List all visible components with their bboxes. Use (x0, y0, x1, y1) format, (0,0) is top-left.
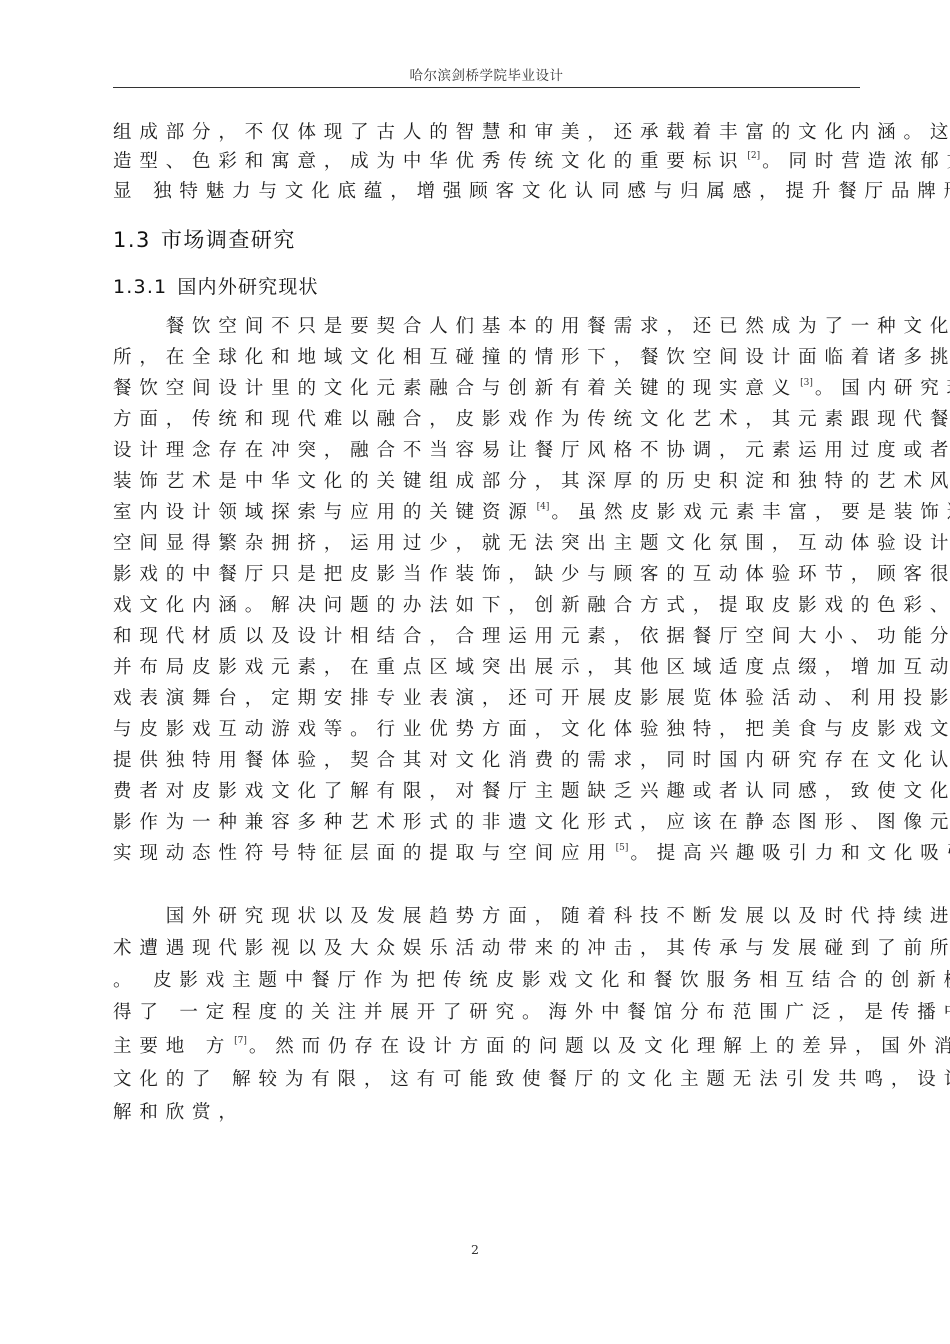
text-line: 组成部分，不仅体现了古人的智慧和审美，还承载着丰富的文化内涵。这些图案以独特的 (113, 122, 863, 144)
subsection-heading: 1.3.1国内外研究现状 (113, 272, 319, 299)
text-line: 装饰艺术是中华文化的关键组成部分，其深厚的历史积淀和独特的艺术风格渐渐成了现代 (113, 471, 863, 493)
text-line: 费者对皮影戏文化了解有限，对餐厅主题缺乏兴趣或者认同感，致使文化吸引力受限，皮 (113, 781, 863, 803)
text-line: 影戏的中餐厅只是把皮影当作装饰，缺少与顾客的互动体验环节，顾客很难深入感受皮影 (113, 564, 863, 586)
text-line: 戏文化内涵。解决问题的办法如下，创新融合方式，提取皮影戏的色彩、图案等精华元素， (113, 595, 863, 617)
text-line: 影作为一种兼容多种艺术形式的非遗文化形式，应该在静态图形、图像元素应用的基础上， (113, 812, 863, 834)
text-line: 实现动态性符号特征层面的提取与空间应用[5]。提高兴趣吸引力和文化吸引力。 (113, 843, 863, 865)
citation[interactable]: [7] (234, 1036, 247, 1046)
text-line: 解和欣赏， (113, 1102, 863, 1124)
text-line: 方面，传统和现代难以融合，皮影戏作为传统文化艺术，其元素跟现代餐厅时尚、简洁等 (113, 409, 863, 431)
text-line: 空间显得繁杂拥挤，运用过少，就无法突出主题文化氛围，互动体验设计欠缺，部分有皮 (113, 533, 863, 555)
running-header: 哈尔滨剑桥学院毕业设计 (113, 64, 860, 84)
citation[interactable]: [2] (747, 151, 760, 161)
text-line: 和现代材质以及设计相结合，合理运用元素，依据餐厅空间大小、功能分区等，合理选择 (113, 626, 863, 648)
text-line: 餐饮空间不只是要契合人们基本的用餐需求，还已然成为了一种文化体验以及社交场 (113, 316, 863, 338)
text-line: 设计理念存在冲突，融合不当容易让餐厅风格不协调，元素运用过度或者不足。中国传统 (113, 440, 863, 462)
text-line: 主要地 方[7]。然而仍存在设计方面的问题以及文化理解上的差异，国外消费者对皮影… (113, 1036, 863, 1058)
text-line: 术遭遇现代影视以及大众娱乐活动带来的冲击，其传承与发展碰到了前所未有的难题[6] (113, 938, 863, 960)
page-number: 2 (0, 1242, 950, 1257)
section-heading: 1.3市场调查研究 (113, 224, 296, 254)
text-line: 提供独特用餐体验，契合其对文化消费的需求，同时国内研究存在文化认知局限，部分消 (113, 750, 863, 772)
text-line: 与皮影戏互动游戏等。行业优势方面，文化体验独特，把美食与皮影戏文化结合，为顾客 (113, 719, 863, 741)
text-line: 得了 一定程度的关注并展开了研究。海外中餐馆分布范围广泛，是传播中国饮食文化的 (113, 1002, 863, 1024)
citation[interactable]: [5] (616, 843, 629, 853)
text-line: 国外研究现状以及发展趋势方面，随着科技不断发展以及时代持续进步，传统皮影艺 (113, 906, 863, 928)
header-divider (113, 87, 860, 88)
text-line: 造型、色彩和寓意，成为中华优秀传统文化的重要标识[2]。同时营造浓郁文化氛围，彰 (113, 151, 863, 173)
document-page: 哈尔滨剑桥学院毕业设计 组成部分，不仅体现了古人的智慧和审美，还承载着丰富的文化… (0, 0, 950, 1344)
citation[interactable]: [4] (537, 502, 550, 512)
text-line: 并布局皮影戏元素，在重点区域突出展示，其他区域适度点缀，增加互动体验，设置皮影 (113, 657, 863, 679)
text-line: 餐饮空间设计里的文化元素融合与创新有着关键的现实意义[3]。国内研究现状与发展趋… (113, 378, 863, 400)
text-line: 。 皮影戏主题中餐厅作为把传统皮影戏文化和餐饮服务相互结合的创新模式，在国外获 (113, 970, 863, 992)
text-line: 室内设计领域探索与应用的关键资源[4]。虽然皮影戏元素丰富，要是装饰运用过多，会… (113, 502, 863, 524)
text-line: 戏表演舞台，定期安排专业表演，还可开展皮影展览体验活动、利用投影等技术让顾客参 (113, 688, 863, 710)
citation[interactable]: [3] (800, 378, 813, 388)
text-line: 显 独特魅力与文化底蕴，增强顾客文化认同感与归属感，提升餐厅品牌形象与竞争力。 (113, 181, 863, 203)
text-line: 所，在全球化和地域文化相互碰撞的情形下，餐饮空间设计面临着诸多挑战与机遇。研究 (113, 347, 863, 369)
text-line: 文化的了 解较为有限，这有可能致使餐厅的文化主题无法引发共鸣，设计元素难以被理 (113, 1069, 863, 1091)
